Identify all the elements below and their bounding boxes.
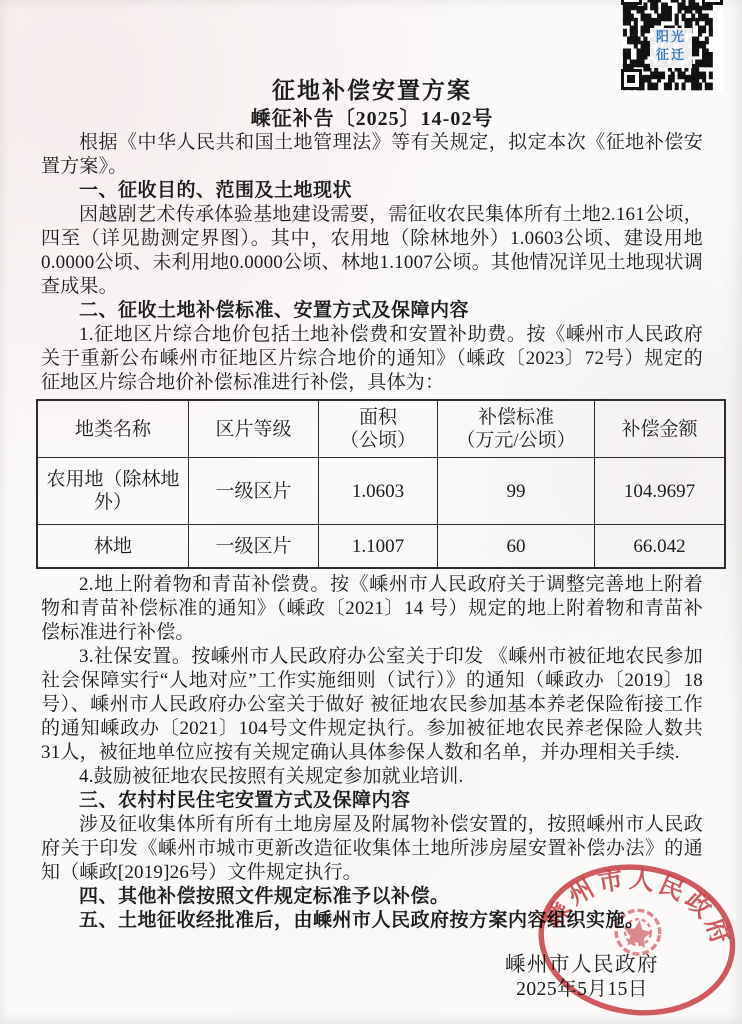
document-title: 征地补偿安置方案 [41, 78, 703, 104]
qr-finder-top-right-icon [702, 0, 723, 5]
section1-body: 因越剧艺术传承体验基地建设需要，需征收农民集体所有土地2.161公顷，四至（详见… [41, 203, 703, 299]
seal-emblem-icon [613, 908, 662, 957]
cell-zone: 一级区片 [189, 525, 319, 569]
intro-paragraph: 根据《中华人民共和国土地管理法》等有关规定，拟定本次《征地补偿安置方案》。 [41, 131, 703, 179]
header-amount: 补偿金额 [595, 400, 726, 458]
section1-heading: 一、征收目的、范围及土地现状 [41, 179, 703, 203]
section2-para1: 1.征地区片综合地价包括土地补偿费和安置补助费。按《嵊州市人民政府关于重新公布嵊… [41, 323, 703, 395]
official-seal: 嵊州市人民政府 [523, 846, 742, 1024]
cell-amount: 66.042 [595, 525, 726, 569]
section2-para2: 2.地上附着物和青苗补偿费。按《嵊州市人民政府关于调整完善地上附着物和青苗补偿标… [41, 573, 703, 645]
cell-land-type: 农用地（除林地外） [37, 458, 189, 525]
cell-zone: 一级区片 [189, 458, 319, 525]
document-page: █▄▖▐▀▚▗█▘▞▄▐▙ ▟▄▘▞█▚▖▀▟▐▙▗█ █▖▜▄▝▟█▗▚▀▞▙… [0, 0, 742, 1024]
document-body: 征地补偿安置方案 嵊征补告〔2025〕14-02号 根据《中华人民共和国土地管理… [41, 0, 703, 1002]
section3-heading: 三、农村村民住宅安置方式及保障内容 [41, 789, 703, 813]
cell-land-type: 林地 [37, 525, 189, 569]
header-land-type: 地类名称 [37, 400, 189, 458]
compensation-table: 地类名称 区片等级 面积（公顷） 补偿标准（万元/公顷） 补偿金额 农用地（除林… [36, 399, 726, 569]
header-area: 面积（公顷） [319, 400, 438, 458]
cell-standard: 99 [438, 458, 595, 525]
cell-standard: 60 [438, 525, 595, 569]
header-zone-grade: 区片等级 [189, 400, 319, 458]
section2-para4: 4.鼓励被征地农民按照有关规定参加就业培训. [41, 765, 703, 789]
document-number: 嵊征补告〔2025〕14-02号 [41, 107, 703, 131]
cell-amount: 104.9697 [595, 458, 726, 525]
cell-area: 1.0603 [319, 458, 438, 525]
table-row: 农用地（除林地外） 一级区片 1.0603 99 104.9697 [37, 458, 725, 525]
cell-area: 1.1007 [319, 525, 438, 569]
section2-heading: 二、征收土地补偿标准、安置方式及保障内容 [41, 299, 703, 323]
header-standard: 补偿标准（万元/公顷） [438, 400, 595, 458]
table-header-row: 地类名称 区片等级 面积（公顷） 补偿标准（万元/公顷） 补偿金额 [37, 400, 725, 458]
table-row: 林地 一级区片 1.1007 60 66.042 [37, 525, 725, 569]
section2-para3: 3.社保安置。按嵊州市人民政府办公室关于印发 《嵊州市被征地农民参加社会保障实行… [41, 645, 703, 765]
